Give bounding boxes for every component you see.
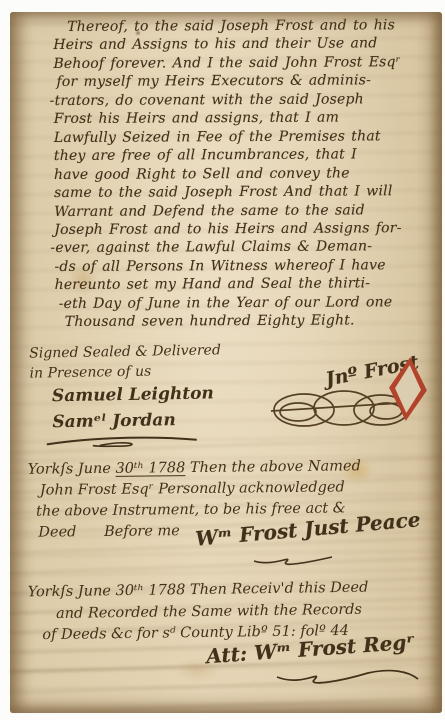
text-line: they are free of all Incumbrances, that … — [54, 145, 440, 165]
text-line: have good Right to Sell and convey the — [54, 164, 440, 184]
witness-underline-flourish-icon — [45, 434, 205, 451]
witness-signature: Samuel Leighton — [52, 380, 222, 409]
text-line: Frost his Heirs and assigns, that I am — [54, 108, 440, 128]
text-line: same to the said Joseph Frost And that I… — [54, 182, 440, 202]
text-line: -trators, do covenant with the said Jose… — [50, 90, 440, 110]
attestation-line: Signed Sealed & Delivered — [29, 340, 221, 363]
text-line: Behoof forever. And I the said John Fros… — [53, 53, 439, 73]
ack-date-suffix: Then the above Named — [185, 458, 361, 476]
attestation-block: Signed Sealed & Delivered in Presence of… — [29, 340, 223, 454]
signature-flourish-icon — [248, 552, 338, 568]
text-line: Lawfully Seized in Fee of the Premises t… — [54, 127, 440, 147]
text-line: Thousand seven hundred Eighty Eight. — [65, 311, 441, 331]
text-line: -ever, against the Lawful Claims & Deman… — [50, 237, 440, 257]
text-line: hereunto set my Hand and Seal the thirti… — [55, 274, 441, 294]
text-line: -eth Day of June in the Year of our Lord… — [59, 293, 441, 313]
text-line: for myself my Heirs Executors & adminis- — [56, 71, 439, 91]
ack-date-underlined: 30ᵗʰ 1788 — [115, 460, 185, 477]
text-line: -ds of all Persons In Witness whereof I … — [54, 256, 440, 276]
deed-page: Thereof, to the said Joseph Frost and to… — [10, 12, 442, 713]
deed-body-text: Thereof, to the said Joseph Frost and to… — [53, 16, 441, 332]
witness-signature: Samᵉˡ Jordan — [52, 406, 222, 435]
manuscript-photo: Thereof, to the said Joseph Frost and to… — [0, 0, 445, 720]
text-line: Thereof, to the said Joseph Frost and to… — [67, 16, 439, 36]
ack-date-prefix: Yorkſs June — [28, 461, 116, 478]
text-line: Heirs and Assigns to his and their Use a… — [53, 34, 439, 54]
register-flourish-icon — [272, 667, 422, 689]
text-line: Joseph Frost and to his Heirs and Assign… — [54, 219, 440, 239]
text-line: Warrant and Defend the same to the said — [54, 201, 440, 221]
